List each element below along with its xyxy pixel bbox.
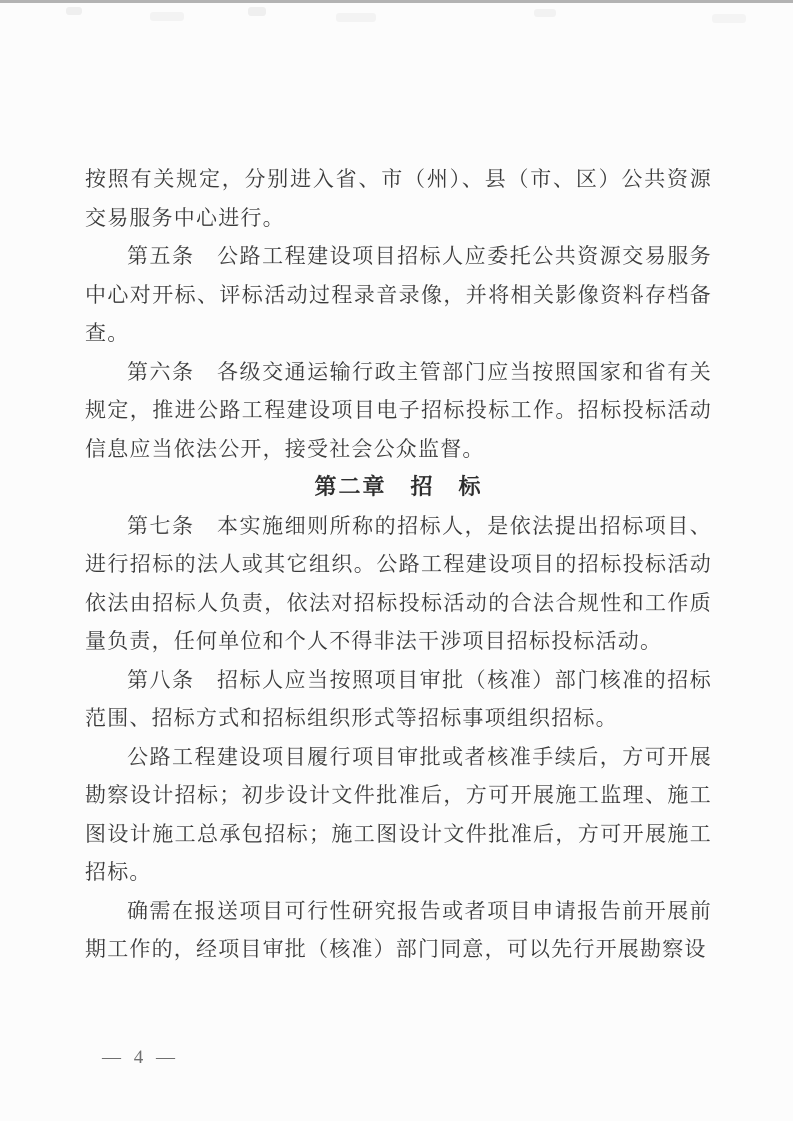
paragraph: 第五条 公路工程建设项目招标人应委托公共资源交易服务中心对开标、评标活动过程录音… [85, 237, 712, 353]
bleed-through-artifact [248, 7, 266, 16]
page-number: — 4 — [102, 1044, 179, 1072]
scan-edge-artifact [0, 0, 793, 3]
bleed-through-artifact [712, 14, 746, 23]
paragraph: 确需在报送项目可行性研究报告或者项目申请报告前开展前期工作的，经项目审批（核准）… [85, 892, 712, 969]
bleed-through-artifact [150, 12, 184, 21]
document-page: 按照有关规定，分别进入省、市（州）、县（市、区）公共资源交易服务中心进行。第五条… [0, 0, 793, 1121]
paragraph: 公路工程建设项目履行项目审批或者核准手续后，方可开展勘察设计招标；初步设计文件批… [85, 738, 712, 892]
bleed-through-artifact [534, 9, 556, 17]
bleed-through-artifact [66, 7, 82, 15]
bleed-through-artifact [336, 13, 376, 22]
document-body: 按照有关规定，分别进入省、市（州）、县（市、区）公共资源交易服务中心进行。第五条… [85, 160, 712, 969]
paragraph: 第六条 各级交通运输行政主管部门应当按照国家和省有关规定，推进公路工程建设项目电… [85, 353, 712, 469]
chapter-heading: 第二章 招 标 [85, 468, 712, 507]
paragraph: 第八条 招标人应当按照项目审批（核准）部门核准的招标范围、招标方式和招标组织形式… [85, 661, 712, 738]
paragraph: 第七条 本实施细则所称的招标人，是依法提出招标项目、进行招标的法人或其它组织。公… [85, 507, 712, 661]
paragraph: 按照有关规定，分别进入省、市（州）、县（市、区）公共资源交易服务中心进行。 [85, 160, 712, 237]
